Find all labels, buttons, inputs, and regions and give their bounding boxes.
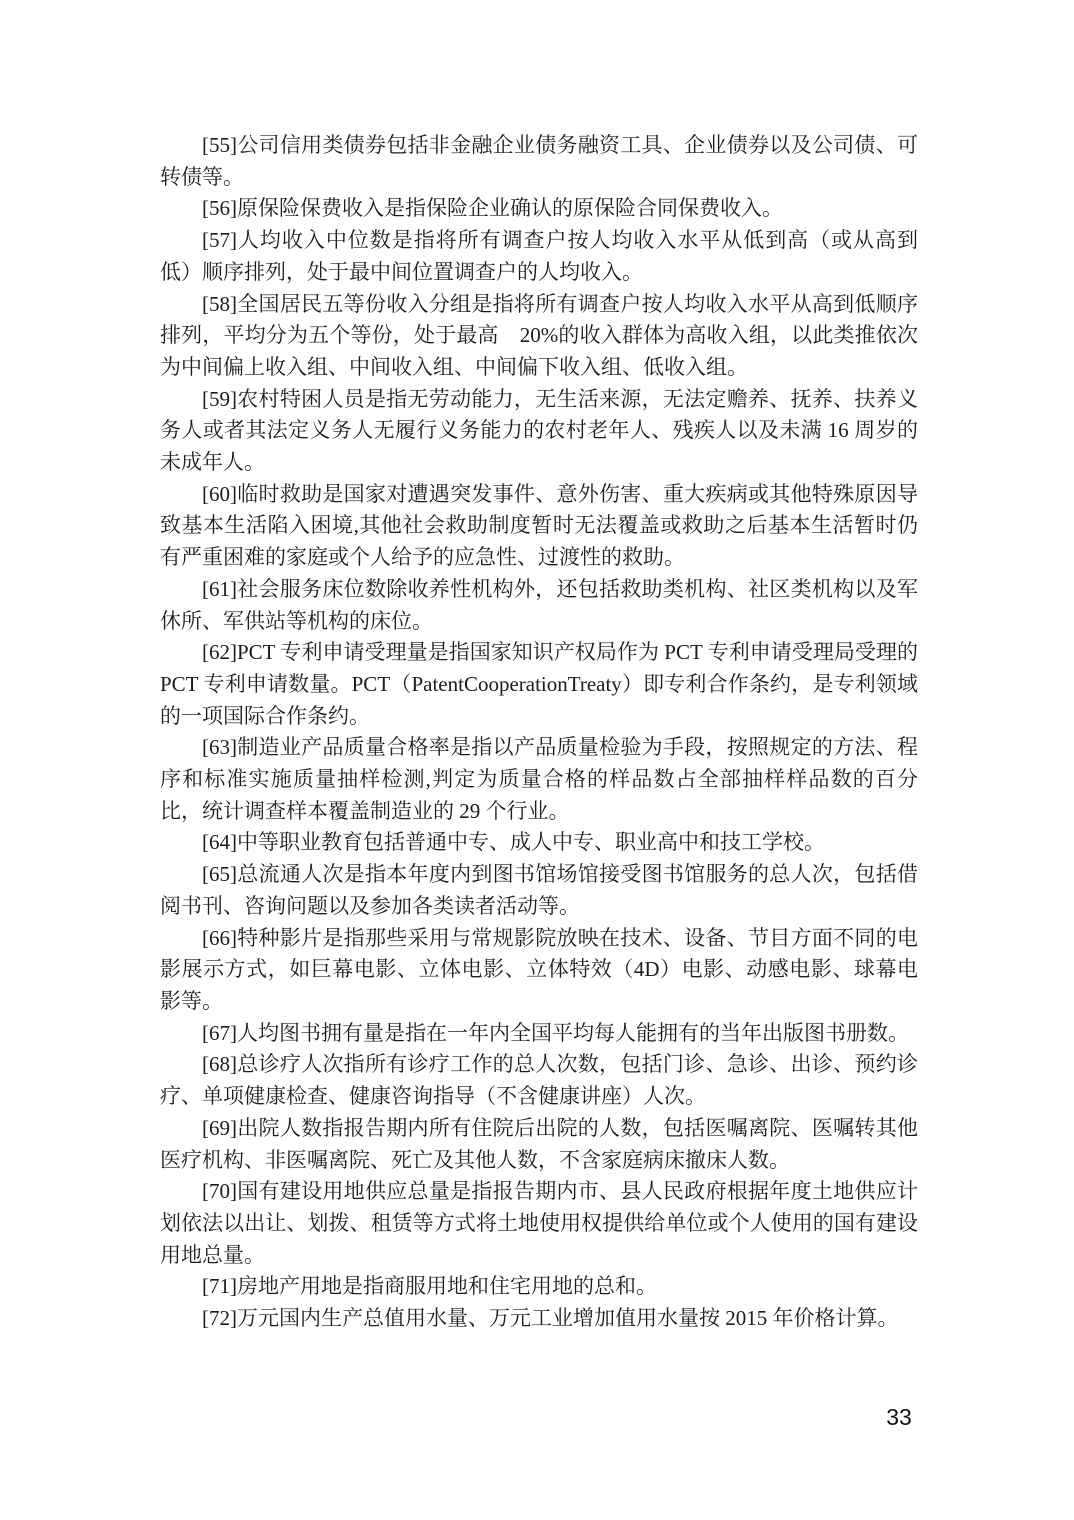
footnote-61-text: 社会服务床位数除收养性机构外，还包括救助类机构、社区类机构以及军休所、军供站等机… (160, 577, 918, 633)
footnote-55-text: 公司信用类债券包括非金融企业债务融资工具、企业债券以及公司债、可转债等。 (160, 133, 918, 189)
footnote-67-text: 人均图书拥有量是指在一年内全国平均每人能拥有的当年出版图书册数。 (237, 1021, 909, 1045)
footnote-56-marker: [56] (202, 196, 237, 220)
footnote-64-text: 中等职业教育包括普通中专、成人中专、职业高中和技工学校。 (237, 830, 825, 854)
footnote-70-text: 国有建设用地供应总量是指报告期内市、县人民政府根据年度土地供应计划依法以出让、划… (160, 1179, 918, 1266)
footnote-60-marker: [60] (202, 482, 237, 506)
footnote-72-text: 万元国内生产总值用水量、万元工业增加值用水量按 2015 年价格计算。 (237, 1306, 899, 1330)
footnote-69-text: 出院人数指报告期内所有住院后出院的人数，包括医嘱离院、医嘱转其他医疗机构、非医嘱… (160, 1116, 918, 1172)
footnote-61: [61]社会服务床位数除收养性机构外，还包括救助类机构、社区类机构以及军休所、军… (160, 574, 918, 637)
footnote-58-marker: [58] (202, 292, 237, 316)
footnote-60-text: 临时救助是国家对遭遇突发事件、意外伤害、重大疾病或其他特殊原因导致基本生活陷入困… (160, 482, 918, 569)
footnote-62-text: PCT 专利申请受理量是指国家知识产权局作为 PCT 专利申请受理局受理的 PC… (160, 640, 918, 727)
footnote-55: [55]公司信用类债券包括非金融企业债务融资工具、企业债券以及公司债、可转债等。 (160, 130, 918, 193)
footnote-57-text: 人均收入中位数是指将所有调查户按人均收入水平从低到高（或从高到低）顺序排列，处于… (160, 228, 918, 284)
footnote-62-marker: [62] (202, 640, 237, 664)
footnote-72-marker: [72] (202, 1306, 237, 1330)
footnote-56: [56]原保险保费收入是指保险企业确认的原保险合同保费收入。 (160, 193, 918, 225)
footnote-72: [72]万元国内生产总值用水量、万元工业增加值用水量按 2015 年价格计算。 (160, 1303, 918, 1335)
footnote-62: [62]PCT 专利申请受理量是指国家知识产权局作为 PCT 专利申请受理局受理… (160, 637, 918, 732)
footnote-66-text: 特种影片是指那些采用与常规影院放映在技术、设备、节目方面不同的电影展示方式，如巨… (160, 926, 918, 1013)
footnotes-section: [55]公司信用类债券包括非金融企业债务融资工具、企业债券以及公司债、可转债等。… (160, 130, 918, 1335)
footnote-67: [67]人均图书拥有量是指在一年内全国平均每人能拥有的当年出版图书册数。 (160, 1018, 918, 1050)
footnote-59-text: 农村特困人员是指无劳动能力，无生活来源，无法定赡养、抚养、扶养义务人或者其法定义… (160, 387, 918, 474)
footnote-66: [66]特种影片是指那些采用与常规影院放映在技术、设备、节目方面不同的电影展示方… (160, 923, 918, 1018)
footnote-71: [71]房地产用地是指商服用地和住宅用地的总和。 (160, 1271, 918, 1303)
footnote-63-marker: [63] (202, 735, 237, 759)
document-page: [55]公司信用类债券包括非金融企业债务融资工具、企业债券以及公司债、可转债等。… (0, 0, 1074, 1520)
footnote-70-marker: [70] (202, 1179, 237, 1203)
footnote-59: [59]农村特困人员是指无劳动能力，无生活来源，无法定赡养、抚养、扶养义务人或者… (160, 384, 918, 479)
footnote-60: [60]临时救助是国家对遭遇突发事件、意外伤害、重大疾病或其他特殊原因导致基本生… (160, 479, 918, 574)
footnote-58: [58]全国居民五等份收入分组是指将所有调查户按人均收入水平从高到低顺序排列，平… (160, 289, 918, 384)
footnote-68-marker: [68] (202, 1052, 237, 1076)
footnote-71-marker: [71] (202, 1274, 237, 1298)
footnote-59-marker: [59] (202, 387, 237, 411)
footnote-58-text: 全国居民五等份收入分组是指将所有调查户按人均收入水平从高到低顺序排列，平均分为五… (160, 292, 918, 379)
footnote-67-marker: [67] (202, 1021, 237, 1045)
footnote-63-text: 制造业产品质量合格率是指以产品质量检验为手段，按照规定的方法、程序和标准实施质量… (160, 735, 918, 822)
footnote-66-marker: [66] (202, 926, 237, 950)
footnote-64-marker: [64] (202, 830, 237, 854)
footnote-65: [65]总流通人次是指本年度内到图书馆场馆接受图书馆服务的总人次，包括借阅书刊、… (160, 859, 918, 922)
footnote-68-text: 总诊疗人次指所有诊疗工作的总人次数，包括门诊、急诊、出诊、预约诊疗、单项健康检查… (160, 1052, 918, 1108)
footnote-65-marker: [65] (202, 862, 237, 886)
footnote-55-marker: [55] (202, 133, 237, 157)
footnote-56-text: 原保险保费收入是指保险企业确认的原保险合同保费收入。 (237, 196, 783, 220)
footnote-68: [68]总诊疗人次指所有诊疗工作的总人次数，包括门诊、急诊、出诊、预约诊疗、单项… (160, 1049, 918, 1112)
footnote-69-marker: [69] (202, 1116, 237, 1140)
footnote-69: [69]出院人数指报告期内所有住院后出院的人数，包括医嘱离院、医嘱转其他医疗机构… (160, 1113, 918, 1176)
footnote-57-marker: [57] (202, 228, 237, 252)
footnote-64: [64]中等职业教育包括普通中专、成人中专、职业高中和技工学校。 (160, 827, 918, 859)
footnote-71-text: 房地产用地是指商服用地和住宅用地的总和。 (237, 1274, 657, 1298)
footnote-57: [57]人均收入中位数是指将所有调查户按人均收入水平从低到高（或从高到低）顺序排… (160, 225, 918, 288)
footnote-63: [63]制造业产品质量合格率是指以产品质量检验为手段，按照规定的方法、程序和标准… (160, 732, 918, 827)
footnote-65-text: 总流通人次是指本年度内到图书馆场馆接受图书馆服务的总人次，包括借阅书刊、咨询问题… (160, 862, 918, 918)
footnote-70: [70]国有建设用地供应总量是指报告期内市、县人民政府根据年度土地供应计划依法以… (160, 1176, 918, 1271)
page-number: 33 (854, 1404, 944, 1431)
footnote-61-marker: [61] (202, 577, 237, 601)
